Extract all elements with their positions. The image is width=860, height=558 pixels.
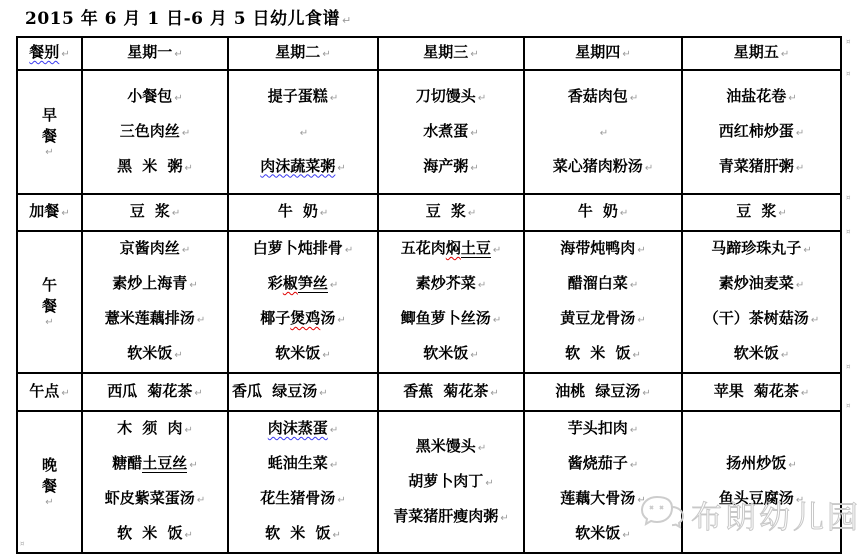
- cell-lines: 西瓜 菊花茶↵: [83, 375, 227, 410]
- menu-item: 软米饭↵: [525, 517, 681, 552]
- menu-item: 油盐花卷↵: [683, 80, 840, 115]
- cell-lines: 马蹄珍珠丸子↵素炒油麦菜↵（干）茶树菇汤↵软米饭↵: [683, 232, 840, 372]
- paragraph-mark-icon: ↵: [174, 93, 182, 104]
- menu-cell: 香菇肉包↵↵菜心猪肉粉汤↵: [524, 70, 682, 194]
- paragraph-mark-icon: ↵: [778, 208, 786, 219]
- menu-item: 海产粥↵: [379, 150, 523, 185]
- paragraph-mark-icon: ↵: [642, 388, 650, 399]
- meal-type-header: 餐别↵: [17, 37, 82, 70]
- menu-item: 香瓜 绿豆汤↵: [232, 375, 328, 410]
- paragraph-mark-icon: ↵: [493, 315, 501, 326]
- cell-lines: 星期二↵: [229, 38, 377, 69]
- paragraph-mark-icon: ↵: [622, 49, 630, 60]
- table-row: 午点↵西瓜 菊花茶↵香瓜 绿豆汤↵香蕉 菊花茶↵油桃 绿豆汤↵苹果 菊花茶↵: [17, 373, 841, 411]
- cell-lines: 肉沫蒸蛋↵蚝油生菜↵花生猪骨汤↵软 米 饭↵: [229, 412, 377, 552]
- row-header: 加餐↵: [17, 194, 82, 231]
- paragraph-mark-icon: ↵: [630, 280, 638, 291]
- row-header-char: 早: [42, 105, 57, 126]
- menu-item: 苹果 菊花茶↵: [683, 375, 840, 410]
- menu-item: 豆 浆↵: [683, 195, 840, 230]
- paragraph-mark-icon: ↵: [172, 208, 180, 219]
- cell-lines: 木 须 肉↵糖醋土豆丝↵虾皮紫菜蛋汤↵软 米 饭↵: [83, 412, 227, 552]
- row-header: 午餐↵: [17, 231, 82, 373]
- menu-item: 莲藕大骨汤↵: [525, 482, 681, 517]
- menu-item: 软米饭↵: [683, 337, 840, 372]
- menu-cell: 黑米馒头↵胡萝卜肉丁↵青菜猪肝瘦肉粥↵: [378, 411, 524, 553]
- menu-item-text: 煲鸡: [290, 309, 320, 327]
- paragraph-mark-icon: ↵: [470, 49, 478, 60]
- paragraph-mark-icon: ↵: [468, 208, 476, 219]
- cell-lines: 刀切馒头↵水煮蛋↵海产粥↵: [379, 80, 523, 185]
- menu-item: 软 米 饭↵: [525, 337, 681, 372]
- paragraph-mark-icon: ↵: [637, 495, 645, 506]
- paragraph-mark-icon: ↵: [197, 495, 205, 506]
- menu-item: 京酱肉丝↵: [83, 232, 227, 267]
- paragraph-mark-icon: ↵: [796, 163, 804, 174]
- paragraph-mark-icon: ↵: [493, 245, 501, 256]
- menu-item: 肉沫蔬菜粥↵: [229, 150, 377, 185]
- paragraph-mark-icon: ↵: [61, 208, 69, 219]
- paragraph-mark-icon: ↵: [485, 478, 493, 489]
- row-end-mark-icon: ¤: [846, 38, 850, 46]
- menu-item: 餐别↵: [18, 38, 81, 69]
- menu-item: （干）茶树菇汤↵: [683, 302, 840, 337]
- row-header: 晚餐↵: [17, 411, 82, 553]
- paragraph-mark-icon: ↵: [185, 163, 193, 174]
- paragraph-mark-icon: ↵: [322, 350, 330, 361]
- menu-cell: 肉沫蒸蛋↵蚝油生菜↵花生猪骨汤↵软 米 饭↵: [228, 411, 378, 553]
- menu-cell: 京酱肉丝↵素炒上海青↵薏米莲藕排汤↵软米饭↵: [82, 231, 228, 373]
- menu-cell: 扬州炒饭↵鱼头豆腐汤↵: [682, 411, 841, 553]
- menu-item: 糖醋土豆丝↵: [83, 447, 227, 482]
- cell-lines: 海带炖鸭肉↵醋溜白菜↵黄豆龙骨汤↵软 米 饭↵: [525, 232, 681, 372]
- menu-item: 软 米 饭↵: [83, 517, 227, 552]
- cell-lines: 油盐花卷↵西红柿炒蛋↵青菜猪肝粥↵: [683, 80, 840, 185]
- cell-lines: 午点↵: [18, 375, 81, 410]
- menu-item-text: 汤: [320, 309, 335, 327]
- menu-item-text: 五花肉: [401, 239, 446, 257]
- cell-lines: 牛 奶↵: [229, 195, 377, 230]
- paragraph-mark-icon: ↵: [811, 315, 819, 326]
- paragraph-mark-icon: ↵: [45, 317, 53, 329]
- paragraph-mark-icon: ↵: [801, 388, 809, 399]
- menu-item: 牛 奶↵: [229, 195, 377, 230]
- cell-lines: 苹果 菊花茶↵: [683, 375, 840, 410]
- paragraph-mark-icon: ↵: [174, 49, 182, 60]
- cell-lines: 黑米馒头↵胡萝卜肉丁↵青菜猪肝瘦肉粥↵: [379, 430, 523, 535]
- menu-cell: 刀切馒头↵水煮蛋↵海产粥↵: [378, 70, 524, 194]
- paragraph-mark-icon: ↵: [333, 530, 341, 541]
- menu-item: 黄豆龙骨汤↵: [525, 302, 681, 337]
- row-header-label: 午餐↵: [18, 275, 81, 329]
- menu-item: 星期五↵: [683, 38, 840, 69]
- paragraph-mark-icon: ↵: [337, 495, 345, 506]
- menu-cell: 白萝卜炖排骨↵彩椒笋丝↵椰子煲鸡汤↵软米饭↵: [228, 231, 378, 373]
- cell-lines: 星期四↵: [525, 38, 681, 69]
- menu-cell: 豆 浆↵: [378, 194, 524, 231]
- menu-item: 扬州炒饭↵: [683, 447, 840, 482]
- paragraph-mark-icon: ↵: [330, 93, 338, 104]
- menu-cell: 马蹄珍珠丸子↵素炒油麦菜↵（干）茶树菇汤↵软米饭↵: [682, 231, 841, 373]
- row-end-mark-icon: ¤: [846, 402, 850, 410]
- row-header: 早餐↵: [17, 70, 82, 194]
- paragraph-mark-icon: ↵: [319, 388, 327, 399]
- menu-item: 油桃 绿豆汤↵: [525, 375, 681, 410]
- menu-cell: 油盐花卷↵西红柿炒蛋↵青菜猪肝粥↵: [682, 70, 841, 194]
- paragraph-mark-icon: ↵: [645, 163, 653, 174]
- column-header: 星期三↵: [378, 37, 524, 70]
- cell-lines: 油桃 绿豆汤↵: [525, 375, 681, 410]
- cell-lines: 香菇肉包↵↵菜心猪肉粉汤↵: [525, 80, 681, 185]
- table-row: 晚餐↵木 须 肉↵糖醋土豆丝↵虾皮紫菜蛋汤↵软 米 饭↵肉沫蒸蛋↵蚝油生菜↵花生…: [17, 411, 841, 553]
- paragraph-mark-icon: ↵: [330, 280, 338, 291]
- paragraph-mark-icon: ↵: [630, 425, 638, 436]
- cell-lines: 豆 浆↵: [83, 195, 227, 230]
- paragraph-mark-icon: ↵: [478, 280, 486, 291]
- menu-item: 海带炖鸭肉↵: [525, 232, 681, 267]
- paragraph-mark-icon: ↵: [470, 350, 478, 361]
- menu-item: 软米饭↵: [379, 337, 523, 372]
- menu-item: 星期三↵: [379, 38, 523, 69]
- paragraph-mark-icon: ↵: [45, 147, 53, 159]
- menu-table: 餐别↵星期一↵星期二↵星期三↵星期四↵星期五↵早餐↵小餐包↵三色肉丝↵黑 米 粥…: [16, 36, 842, 554]
- row-header-char: 餐: [42, 126, 57, 147]
- menu-cell: 苹果 菊花茶↵: [682, 373, 841, 411]
- paragraph-mark-icon: ↵: [330, 460, 338, 471]
- row-header-char: 餐: [42, 476, 57, 497]
- menu-item: 醋溜白菜↵: [525, 267, 681, 302]
- paragraph-mark-icon: ↵: [342, 14, 352, 27]
- paragraph-mark-icon: ↵: [322, 49, 330, 60]
- paragraph-mark-icon: ↵: [337, 163, 345, 174]
- menu-item: 软米饭↵: [83, 337, 227, 372]
- menu-cell: 五花肉焖土豆↵素炒芥菜↵鲫鱼萝卜丝汤↵软米饭↵: [378, 231, 524, 373]
- paragraph-mark-icon: ↵: [185, 425, 193, 436]
- menu-item: 黑 米 粥↵: [83, 150, 227, 185]
- paragraph-mark-icon: ↵: [45, 497, 53, 509]
- column-header: 星期一↵: [82, 37, 228, 70]
- menu-cell: 木 须 肉↵糖醋土豆丝↵虾皮紫菜蛋汤↵软 米 饭↵: [82, 411, 228, 553]
- paragraph-mark-icon: ↵: [320, 208, 328, 219]
- row-header-char: 餐: [42, 296, 57, 317]
- menu-item-text: 笋丝: [298, 274, 328, 293]
- row-header-char: 午: [42, 275, 57, 296]
- menu-item: 刀切馒头↵: [379, 80, 523, 115]
- paragraph-mark-icon: ↵: [470, 163, 478, 174]
- menu-item: 牛 奶↵: [525, 195, 681, 230]
- row-end-mark-icon: ¤: [846, 70, 850, 78]
- menu-item: 星期一↵: [83, 38, 227, 69]
- menu-cell: 牛 奶↵: [228, 194, 378, 231]
- paragraph-mark-icon: ↵: [600, 128, 608, 139]
- paragraph-mark-icon: ↵: [637, 245, 645, 256]
- menu-item: ↵: [525, 115, 681, 150]
- row-header-label: 晚餐↵: [18, 455, 81, 509]
- page-title-text: 2015 年 6 月 1 日-6 月 5 日幼儿食谱: [25, 9, 340, 29]
- paragraph-mark-icon: ↵: [61, 49, 69, 60]
- menu-item-text: 糖醋: [112, 454, 142, 472]
- menu-item: 软 米 饭↵: [229, 517, 377, 552]
- cell-lines: 扬州炒饭↵鱼头豆腐汤↵: [683, 447, 840, 517]
- cell-lines: 提子蛋糕↵↵肉沫蔬菜粥↵: [229, 80, 377, 185]
- cell-lines: 牛 奶↵: [525, 195, 681, 230]
- paragraph-mark-icon: ↵: [197, 315, 205, 326]
- paragraph-mark-icon: ↵: [189, 280, 197, 291]
- menu-item: 鲫鱼萝卜丝汤↵: [379, 302, 523, 337]
- menu-item: 豆 浆↵: [379, 195, 523, 230]
- cell-lines: 星期五↵: [683, 38, 840, 69]
- menu-item: 马蹄珍珠丸子↵: [683, 232, 840, 267]
- row-header-label: 早餐↵: [18, 105, 81, 159]
- menu-item: 酱烧茄子↵: [525, 447, 681, 482]
- menu-item: 白萝卜炖排骨↵: [229, 232, 377, 267]
- paragraph-mark-icon: ↵: [630, 460, 638, 471]
- menu-cell: 油桃 绿豆汤↵: [524, 373, 682, 411]
- paragraph-mark-icon: ↵: [500, 513, 508, 524]
- menu-cell: 西瓜 菊花茶↵: [82, 373, 228, 411]
- menu-item: 薏米莲藕排汤↵: [83, 302, 227, 337]
- paragraph-mark-icon: ↵: [345, 245, 353, 256]
- page: 2015 年 6 月 1 日-6 月 5 日幼儿食谱↵ 餐别↵星期一↵星期二↵星…: [0, 0, 860, 558]
- cell-lines: 五花肉焖土豆↵素炒芥菜↵鲫鱼萝卜丝汤↵软米饭↵: [379, 232, 523, 372]
- menu-item: 午点↵: [18, 375, 81, 410]
- paragraph-mark-icon: ↵: [633, 350, 641, 361]
- row-end-mark-icon: ¤: [846, 194, 850, 202]
- menu-item: 素炒芥菜↵: [379, 267, 523, 302]
- menu-cell: 牛 奶↵: [524, 194, 682, 231]
- menu-cell: 提子蛋糕↵↵肉沫蔬菜粥↵: [228, 70, 378, 194]
- cell-lines: 小餐包↵三色肉丝↵黑 米 粥↵: [83, 80, 227, 185]
- row-end-mark-icon: ¤: [846, 363, 850, 371]
- paragraph-mark-icon: ↵: [490, 388, 498, 399]
- menu-item: 豆 浆↵: [83, 195, 227, 230]
- menu-item: 星期二↵: [229, 38, 377, 69]
- cell-lines: 香瓜 绿豆汤↵: [229, 375, 377, 410]
- paragraph-mark-icon: ↵: [630, 93, 638, 104]
- paragraph-mark-icon: ↵: [337, 315, 345, 326]
- menu-cell: 芋头扣肉↵酱烧茄子↵莲藕大骨汤↵软米饭↵: [524, 411, 682, 553]
- cell-lines: 芋头扣肉↵酱烧茄子↵莲藕大骨汤↵软米饭↵: [525, 412, 681, 552]
- paragraph-mark-icon: ↵: [803, 245, 811, 256]
- menu-cell: 豆 浆↵: [682, 194, 841, 231]
- menu-item: 星期四↵: [525, 38, 681, 69]
- menu-cell: 小餐包↵三色肉丝↵黑 米 粥↵: [82, 70, 228, 194]
- paragraph-mark-icon: ↵: [620, 208, 628, 219]
- column-header: 星期五↵: [682, 37, 841, 70]
- page-title: 2015 年 6 月 1 日-6 月 5 日幼儿食谱↵: [25, 4, 352, 29]
- cell-lines: 豆 浆↵: [379, 195, 523, 230]
- paragraph-mark-icon: ↵: [781, 350, 789, 361]
- menu-item: 西红柿炒蛋↵: [683, 115, 840, 150]
- paragraph-mark-icon: ↵: [788, 93, 796, 104]
- menu-item: 花生猪骨汤↵: [229, 482, 377, 517]
- column-header: 星期二↵: [228, 37, 378, 70]
- menu-item-text: 椒: [283, 274, 298, 292]
- menu-item: 香菇肉包↵: [525, 80, 681, 115]
- menu-item: ↵: [229, 115, 377, 150]
- menu-item: 软米饭↵: [229, 337, 377, 372]
- paragraph-mark-icon: ↵: [185, 530, 193, 541]
- column-header: 星期四↵: [524, 37, 682, 70]
- menu-item: 水煮蛋↵: [379, 115, 523, 150]
- menu-item: 虾皮紫菜蛋汤↵: [83, 482, 227, 517]
- menu-item: 肉沫蒸蛋↵: [229, 412, 377, 447]
- paragraph-mark-icon: ↵: [182, 128, 190, 139]
- menu-item: 胡萝卜肉丁↵: [379, 465, 523, 500]
- row-header: 午点↵: [17, 373, 82, 411]
- paragraph-mark-icon: ↵: [330, 425, 338, 436]
- cell-lines: 香蕉 菊花茶↵: [379, 375, 523, 410]
- menu-item-text: 椰子: [260, 309, 290, 327]
- menu-item: 青菜猪肝瘦肉粥↵: [379, 500, 523, 535]
- menu-item: 提子蛋糕↵: [229, 80, 377, 115]
- menu-item: 青菜猪肝粥↵: [683, 150, 840, 185]
- paragraph-mark-icon: ↵: [61, 388, 69, 399]
- paragraph-mark-icon: ↵: [622, 530, 630, 541]
- menu-cell: 香瓜 绿豆汤↵: [228, 373, 378, 411]
- menu-item-text: 焖: [446, 239, 461, 257]
- cell-lines: 京酱肉丝↵素炒上海青↵薏米莲藕排汤↵软米饭↵: [83, 232, 227, 372]
- cell-lines: 豆 浆↵: [683, 195, 840, 230]
- menu-item: 木 须 肉↵: [83, 412, 227, 447]
- paragraph-mark-icon: ↵: [781, 49, 789, 60]
- table-row: 早餐↵小餐包↵三色肉丝↵黑 米 粥↵提子蛋糕↵↵肉沫蔬菜粥↵刀切馒头↵水煮蛋↵海…: [17, 70, 841, 194]
- menu-item-text: 餐别: [29, 43, 59, 61]
- menu-item: 素炒油麦菜↵: [683, 267, 840, 302]
- cell-lines: 加餐↵: [18, 195, 81, 230]
- paragraph-mark-icon: ↵: [300, 128, 308, 139]
- cell-lines: 白萝卜炖排骨↵彩椒笋丝↵椰子煲鸡汤↵软米饭↵: [229, 232, 377, 372]
- paragraph-mark-icon: ↵: [470, 128, 478, 139]
- menu-item: 素炒上海青↵: [83, 267, 227, 302]
- table-row: 午餐↵京酱肉丝↵素炒上海青↵薏米莲藕排汤↵软米饭↵白萝卜炖排骨↵彩椒笋丝↵椰子煲…: [17, 231, 841, 373]
- menu-cell: 香蕉 菊花茶↵: [378, 373, 524, 411]
- menu-cell: 海带炖鸭肉↵醋溜白菜↵黄豆龙骨汤↵软 米 饭↵: [524, 231, 682, 373]
- table-header-row: 餐别↵星期一↵星期二↵星期三↵星期四↵星期五↵: [17, 37, 841, 70]
- paragraph-mark-icon: ↵: [189, 460, 197, 471]
- menu-item: 小餐包↵: [83, 80, 227, 115]
- menu-item: 黑米馒头↵: [379, 430, 523, 465]
- menu-item: 香蕉 菊花茶↵: [379, 375, 523, 410]
- menu-item: 椰子煲鸡汤↵: [229, 302, 377, 337]
- menu-item: 鱼头豆腐汤↵: [683, 482, 840, 517]
- table-row: 加餐↵豆 浆↵牛 奶↵豆 浆↵牛 奶↵豆 浆↵: [17, 194, 841, 231]
- row-header-char: 晚: [42, 455, 57, 476]
- cell-lines: 星期一↵: [83, 38, 227, 69]
- menu-item-text: 彩: [268, 274, 283, 292]
- row-end-mark-icon: ¤: [846, 228, 850, 236]
- menu-item-text: 土豆丝: [142, 454, 187, 473]
- menu-item: 菜心猪肉粉汤↵: [525, 150, 681, 185]
- menu-item-text: 肉沫蒸蛋: [268, 419, 328, 437]
- menu-item: 三色肉丝↵: [83, 115, 227, 150]
- paragraph-mark-icon: ↵: [788, 460, 796, 471]
- paragraph-mark-icon: ↵: [796, 280, 804, 291]
- paragraph-mark-icon: ↵: [194, 388, 202, 399]
- menu-item-text: 土豆: [461, 239, 491, 258]
- menu-item: 彩椒笋丝↵: [229, 267, 377, 302]
- paragraph-mark-icon: ↵: [174, 350, 182, 361]
- menu-item: 五花肉焖土豆↵: [379, 232, 523, 267]
- cell-lines: 餐别↵: [18, 38, 81, 69]
- menu-item: 芋头扣肉↵: [525, 412, 681, 447]
- paragraph-mark-icon: ↵: [478, 443, 486, 454]
- menu-item: 蚝油生菜↵: [229, 447, 377, 482]
- cell-lines: 星期三↵: [379, 38, 523, 69]
- paragraph-mark-icon: ↵: [637, 315, 645, 326]
- menu-item-text: 肉沫蔬菜粥: [260, 157, 335, 175]
- row-end-mark-icon: ¤: [20, 540, 24, 548]
- menu-cell: 豆 浆↵: [82, 194, 228, 231]
- paragraph-mark-icon: ↵: [796, 128, 804, 139]
- paragraph-mark-icon: ↵: [796, 495, 804, 506]
- menu-item: 加餐↵: [18, 195, 81, 230]
- menu-item: 西瓜 菊花茶↵: [83, 375, 227, 410]
- paragraph-mark-icon: ↵: [478, 93, 486, 104]
- paragraph-mark-icon: ↵: [182, 245, 190, 256]
